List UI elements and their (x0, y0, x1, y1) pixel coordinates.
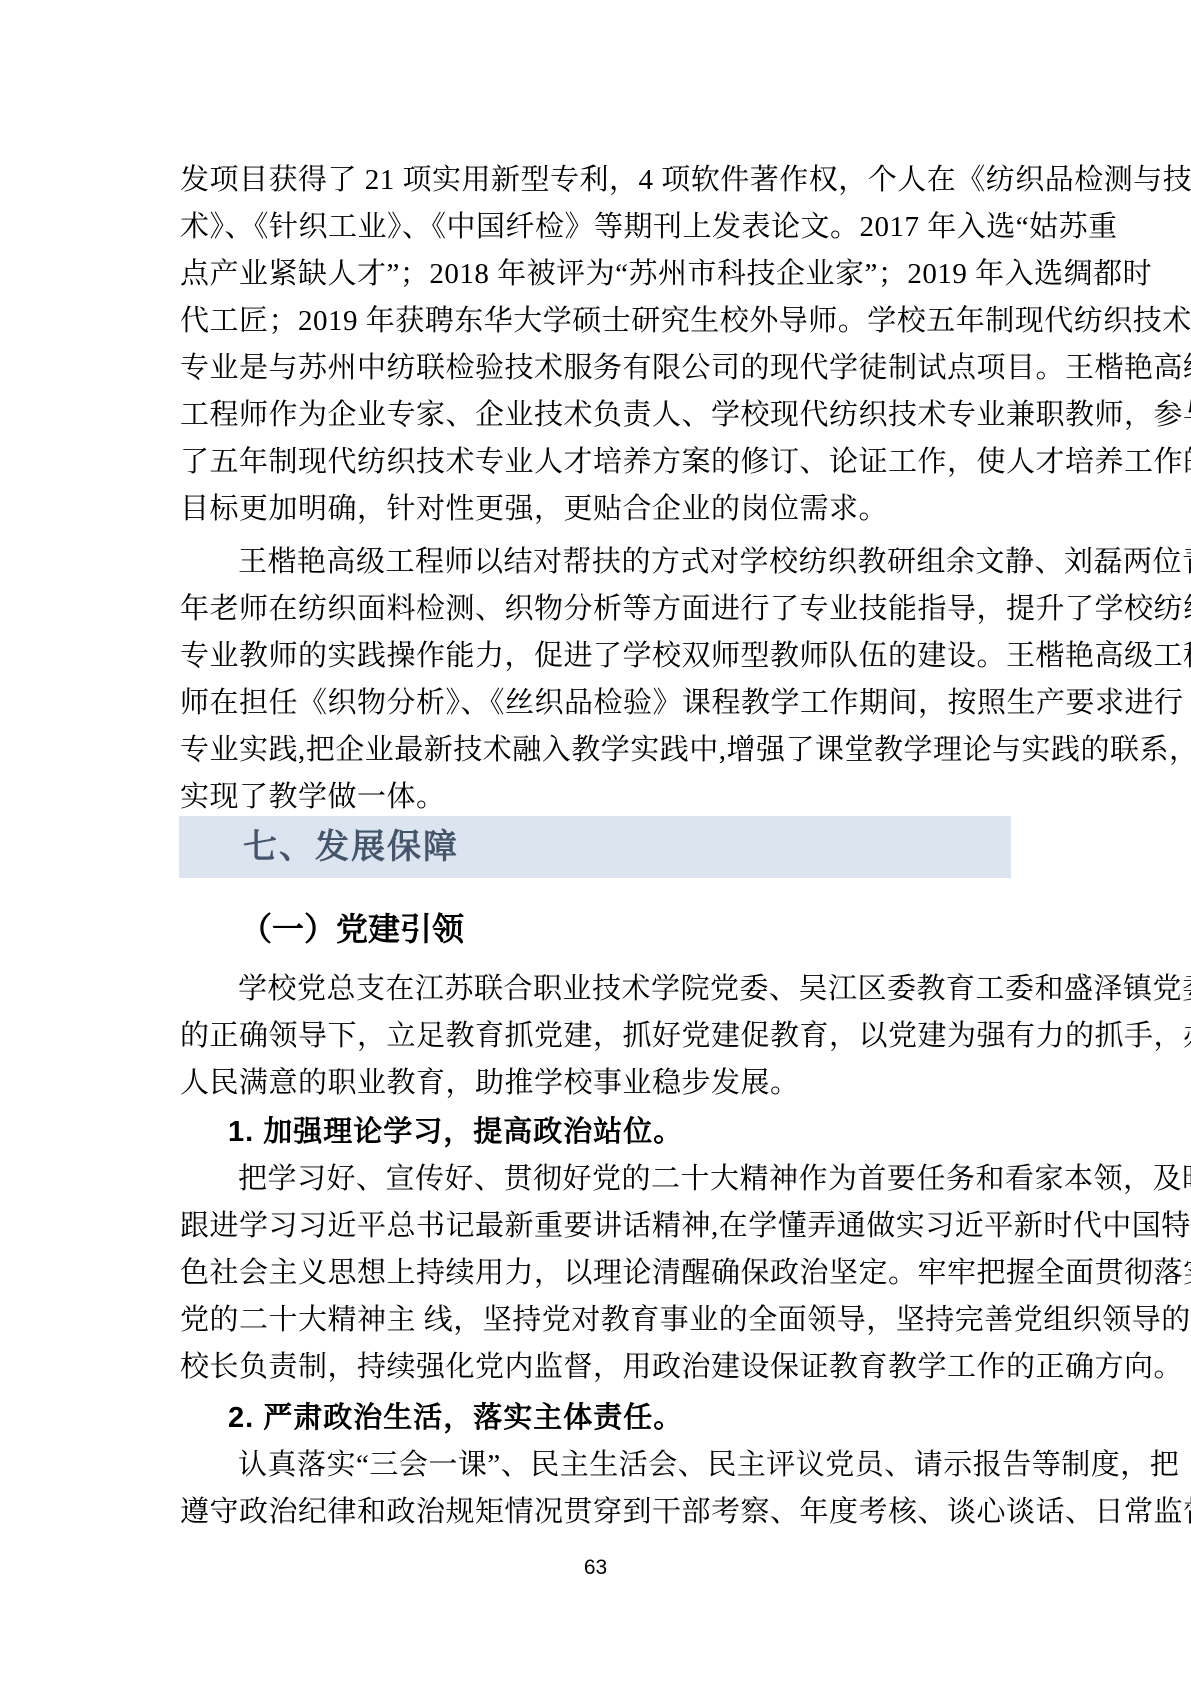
body-line: 年老师在纺织面料检测、织物分析等方面进行了专业技能指导，提升了学校纺织 (180, 586, 1011, 633)
numbered-subheading-1: 1. 加强理论学习，提高政治站位。 (180, 1109, 1011, 1156)
body-paragraph-5: 认真落实“三会一课”、民主生活会、民主评议党员、请示报告等制度，把 遵守政治纪律… (180, 1442, 1011, 1536)
document-page: 发项目获得了 21 项实用新型专利，4 项软件著作权，个人在《纺织品检测与技 术… (0, 0, 1191, 1684)
section-banner: 七、发展保障 (179, 816, 1011, 878)
subsection-heading: （一）党建引领 (180, 905, 1011, 953)
body-line: 专业是与苏州中纺联检验技术服务有限公司的现代学徒制试点项目。王楷艳高级 (180, 345, 1011, 392)
body-line: 校长负责制，持续强化党内监督，用政治建设保证教育教学工作的正确方向。 (180, 1344, 1011, 1391)
body-line: 跟进学习习近平总书记最新重要讲话精神,在学懂弄通做实习近平新时代中国特 (180, 1203, 1011, 1250)
body-line: 代工匠；2019 年获聘东华大学硕士研究生校外导师。学校五年制现代纺织技术 (180, 298, 1011, 345)
body-paragraph-1: 发项目获得了 21 项实用新型专利，4 项软件著作权，个人在《纺织品检测与技 术… (180, 157, 1011, 533)
body-paragraph-4: 把学习好、宣传好、贯彻好党的二十大精神作为首要任务和看家本领，及时 跟进学习习近… (180, 1156, 1011, 1391)
body-line: 师在担任《织物分析》、《丝织品检验》课程教学工作期间，按照生产要求进行 (180, 680, 1011, 727)
body-line: 发项目获得了 21 项实用新型专利，4 项软件著作权，个人在《纺织品检测与技 (180, 157, 1011, 204)
body-line: 把学习好、宣传好、贯彻好党的二十大精神作为首要任务和看家本领，及时 (180, 1156, 1011, 1203)
body-line: 实现了教学做一体。 (180, 774, 1011, 821)
numbered-subheading-2: 2. 严肃政治生活，落实主体责任。 (180, 1395, 1011, 1442)
body-line: 色社会主义思想上持续用力，以理论清醒确保政治坚定。牢牢把握全面贯彻落实 (180, 1250, 1011, 1297)
body-line: 认真落实“三会一课”、民主生活会、民主评议党员、请示报告等制度，把 (180, 1442, 1011, 1489)
page-number: 63 (180, 1556, 1011, 1580)
body-line: 学校党总支在江苏联合职业技术学院党委、吴江区委教育工委和盛泽镇党委 (180, 966, 1011, 1013)
body-line: 专业实践,把企业最新技术融入教学实践中,增强了课堂教学理论与实践的联系， (180, 727, 1011, 774)
body-paragraph-2: 王楷艳高级工程师以结对帮扶的方式对学校纺织教研组余文静、刘磊两位青 年老师在纺织… (180, 539, 1011, 821)
body-paragraph-3: 学校党总支在江苏联合职业技术学院党委、吴江区委教育工委和盛泽镇党委 的正确领导下… (180, 966, 1011, 1107)
body-line: 工程师作为企业专家、企业技术负责人、学校现代纺织技术专业兼职教师，参与 (180, 392, 1011, 439)
body-line: 专业教师的实践操作能力，促进了学校双师型教师队伍的建设。王楷艳高级工程 (180, 633, 1011, 680)
body-line: 党的二十大精神主 线，坚持党对教育事业的全面领导，坚持完善党组织领导的 (180, 1297, 1011, 1344)
body-line: 遵守政治纪律和政治规矩情况贯穿到干部考察、年度考核、谈心谈话、日常监督 (180, 1489, 1011, 1536)
body-line: 王楷艳高级工程师以结对帮扶的方式对学校纺织教研组余文静、刘磊两位青 (180, 539, 1011, 586)
body-line: 目标更加明确，针对性更强，更贴合企业的岗位需求。 (180, 486, 1011, 533)
body-line: 术》、《针织工业》、《中国纤检》等期刊上发表论文。2017 年入选“姑苏重 (180, 204, 1011, 251)
body-line: 人民满意的职业教育，助推学校事业稳步发展。 (180, 1060, 1011, 1107)
body-line: 点产业紧缺人才”；2018 年被评为“苏州市科技企业家”；2019 年入选绸都时 (180, 251, 1011, 298)
body-line: 的正确领导下，立足教育抓党建，抓好党建促教育，以党建为强有力的抓手，办 (180, 1013, 1011, 1060)
section-banner-title: 七、发展保障 (179, 816, 1011, 878)
body-line: 了五年制现代纺织技术专业人才培养方案的修订、论证工作，使人才培养工作的 (180, 439, 1011, 486)
